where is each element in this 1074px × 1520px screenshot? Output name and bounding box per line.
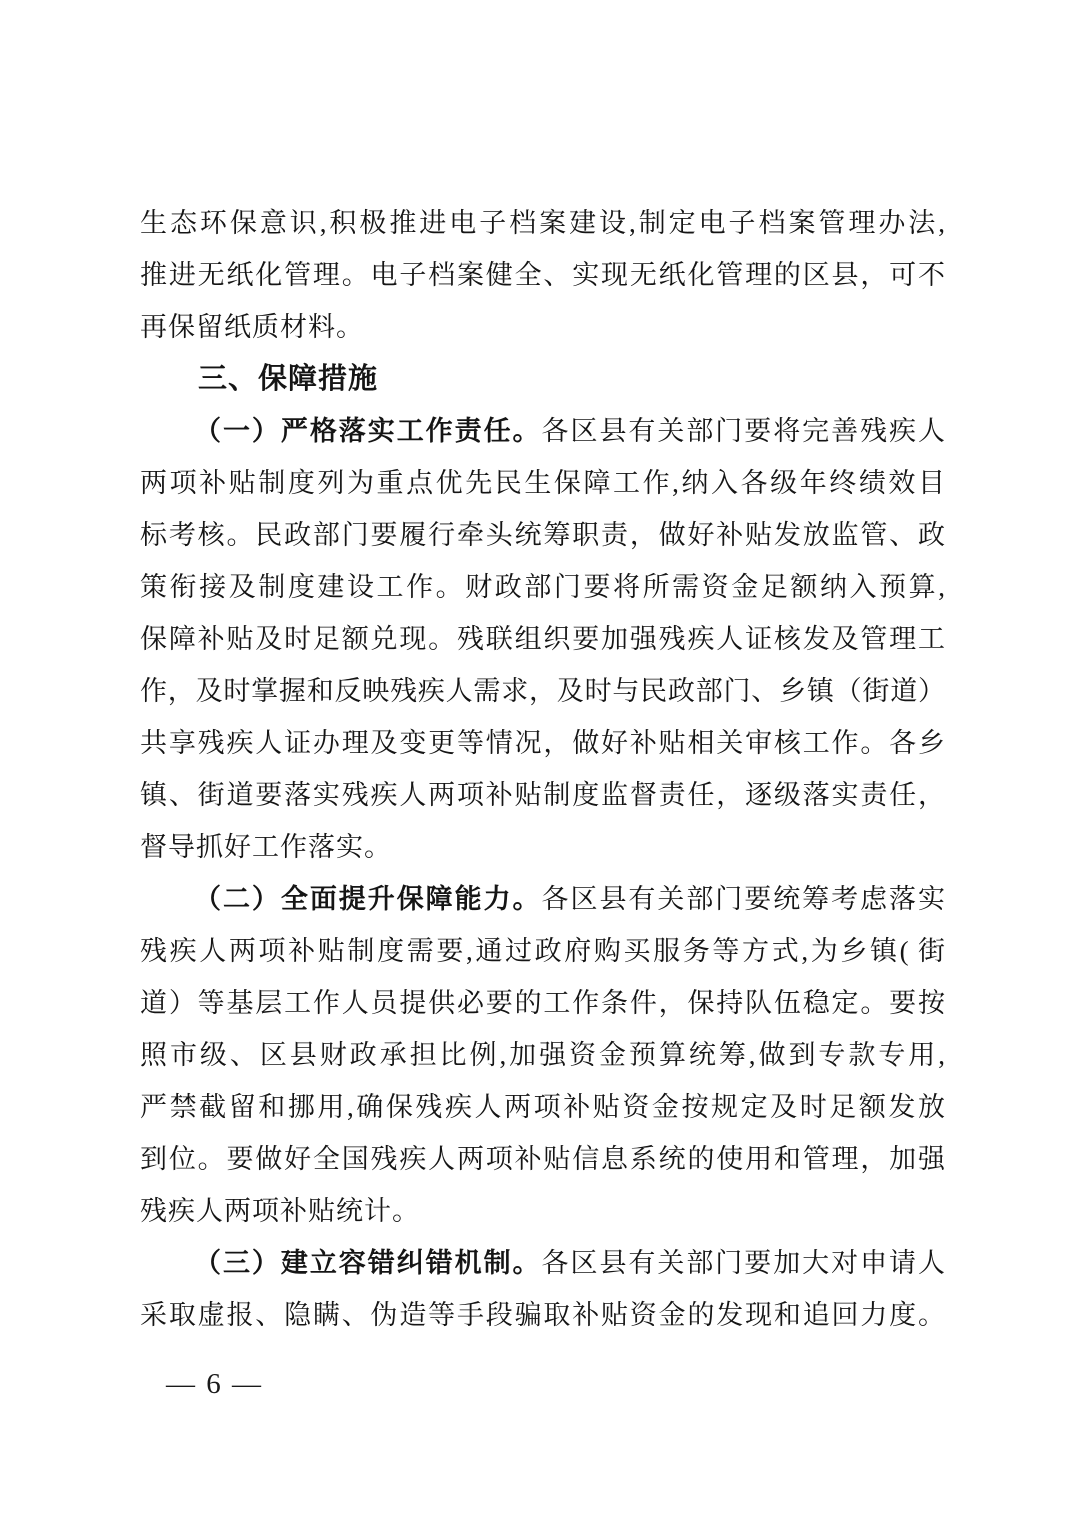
- text-line: 督导抓好工作落实。: [140, 821, 945, 873]
- document-body: 生态环保意识,积极推进电子档案建设,制定电子档案管理办法, 推进无纸化管理。电子…: [140, 197, 945, 1341]
- text-line: （三）建立容错纠错机制。各区县有关部门要加大对申请人: [140, 1237, 945, 1289]
- paragraph-lead: （三）建立容错纠错机制。: [194, 1248, 542, 1278]
- text-line: 采取虚报、隐瞒、伪造等手段骗取补贴资金的发现和追回力度。: [140, 1289, 945, 1341]
- lead-line-rest: 各区县有关部门要统筹考虑落实: [542, 884, 945, 914]
- text-line: （二）全面提升保障能力。各区县有关部门要统筹考虑落实: [140, 873, 945, 925]
- text-line: 共享残疾人证办理及变更等情况，做好补贴相关审核工作。各乡: [140, 717, 945, 769]
- text-line: 策衔接及制度建设工作。财政部门要将所需资金足额纳入预算,: [140, 561, 945, 613]
- text-line: 作，及时掌握和反映残疾人需求，及时与民政部门、乡镇（街道）: [140, 665, 945, 717]
- lead-line-rest: 各区县有关部门要将完善残疾人: [542, 416, 945, 446]
- paragraph-lead: （二）全面提升保障能力。: [194, 884, 542, 914]
- text-line: 标考核。民政部门要履行牵头统筹职责，做好补贴发放监管、政: [140, 509, 945, 561]
- text-line: 再保留纸质材料。: [140, 301, 945, 353]
- text-line: 残疾人两项补贴制度需要,通过政府购买服务等方式,为乡镇( 街: [140, 925, 945, 977]
- section-heading: 三、保障措施: [140, 353, 945, 405]
- text-line: 推进无纸化管理。电子档案健全、实现无纸化管理的区县，可不: [140, 249, 945, 301]
- page-number: — 6 —: [166, 1360, 263, 1408]
- text-line: 严禁截留和挪用,确保残疾人两项补贴资金按规定及时足额发放: [140, 1081, 945, 1133]
- text-line: 两项补贴制度列为重点优先民生保障工作,纳入各级年终绩效目: [140, 457, 945, 509]
- text-line: 照市级、区县财政承担比例,加强资金预算统筹,做到专款专用,: [140, 1029, 945, 1081]
- text-line: 到位。要做好全国残疾人两项补贴信息系统的使用和管理，加强: [140, 1133, 945, 1185]
- text-line: 保障补贴及时足额兑现。残联组织要加强残疾人证核发及管理工: [140, 613, 945, 665]
- document-page: 生态环保意识,积极推进电子档案建设,制定电子档案管理办法, 推进无纸化管理。电子…: [0, 0, 1074, 1520]
- text-line: （一）严格落实工作责任。各区县有关部门要将完善残疾人: [140, 405, 945, 457]
- lead-line-rest: 各区县有关部门要加大对申请人: [542, 1248, 945, 1278]
- paragraph-lead: （一）严格落实工作责任。: [194, 416, 542, 446]
- text-line: 镇、街道要落实残疾人两项补贴制度监督责任，逐级落实责任，: [140, 769, 945, 821]
- text-line: 残疾人两项补贴统计。: [140, 1185, 945, 1237]
- text-line: 道）等基层工作人员提供必要的工作条件，保持队伍稳定。要按: [140, 977, 945, 1029]
- text-line: 生态环保意识,积极推进电子档案建设,制定电子档案管理办法,: [140, 197, 945, 249]
